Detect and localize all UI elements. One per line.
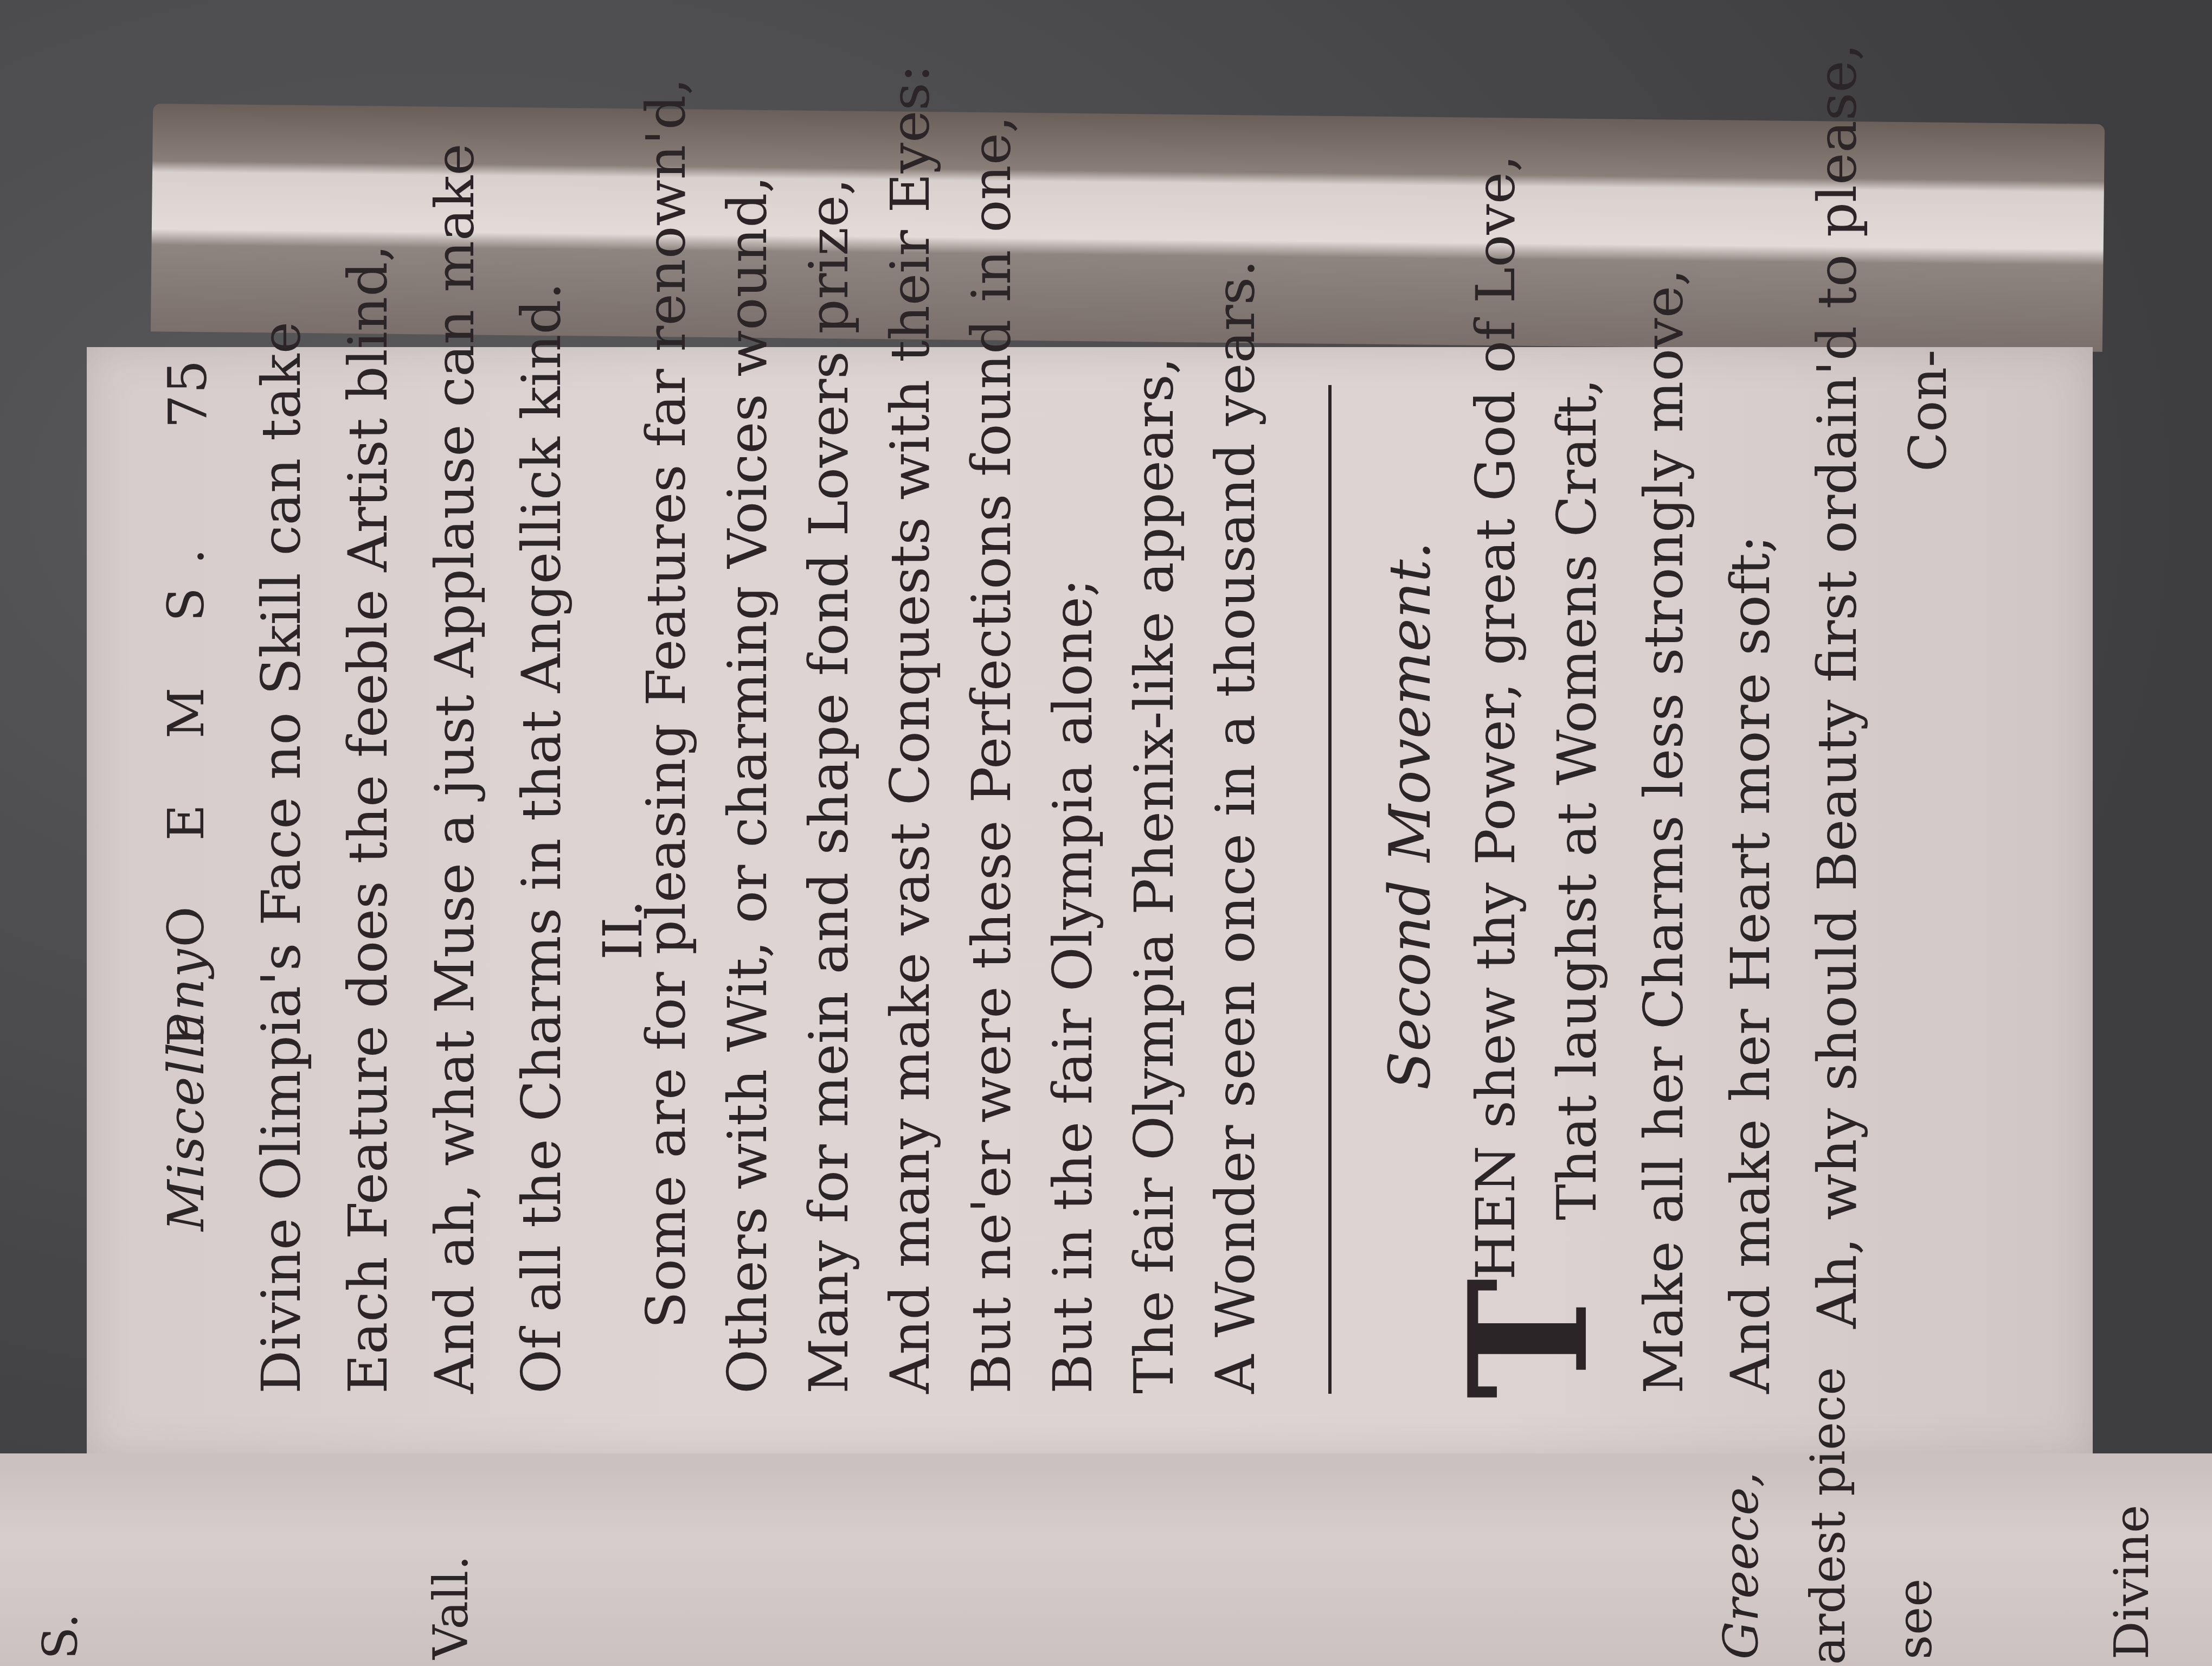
verse-line: Others with Wit, or charming Voices woun… [716,176,779,1394]
facing-page-text: S. [33,1613,88,1659]
verse-line: And ah, what Muse a just Applause can ma… [423,144,486,1394]
verse-line: HEN shew thy Power, great God of Love, [1464,155,1527,1280]
facing-page-text: see [1887,1579,1943,1659]
verse-line: Each Feature does the feeble Artist blin… [336,245,400,1394]
page-number: 75 [157,358,219,428]
facing-page-text: Vall. [423,1555,479,1659]
facing-page-text: ardest piece [1800,1367,1856,1665]
verse-line: Of all the Charms in that Angellick kind… [510,283,573,1394]
verse-line: The fair Olympia Phenix-like appears, [1122,357,1186,1394]
verse-line: Divine Olimpia's Face no Skill can take [249,322,313,1394]
page-content: Miscellany P O E M S. 75 Divine Olimpia'… [87,347,2093,1459]
facing-page-text: Divine [2104,1505,2159,1659]
book-page: Miscellany P O E M S. 75 Divine Olimpia'… [87,347,2093,1459]
verse-line: But ne'er were these Perfections found i… [960,116,1023,1394]
verse-line: A Wonder seen once in a thousand years. [1204,260,1267,1394]
drop-cap: T [1448,1278,1610,1399]
verse-line: That laughst at Womens Craft, [1545,378,1609,1220]
verse-line: Many for mein and shape fond Lovers priz… [797,178,860,1394]
facing-page: S. Vall. Greece, ardest piece see Divine [0,1453,2212,1666]
verse-line: And many make vast Conquests with their … [878,65,942,1394]
verse-line: But in the fair Olympia alone; [1041,578,1104,1394]
verse-line: Some are for pleasing Features far renow… [634,78,698,1329]
catchword: Con- [1898,349,1958,472]
section-name: P O E M S. [157,523,215,1047]
section-divider [1328,385,1332,1394]
facing-page-text: Greece, [1713,1472,1769,1659]
verse-line: Ah, why should Beauty first ordain'd to … [1805,43,1869,1329]
verse-line: Make all her Charms less strongly move, [1632,268,1695,1394]
section-title: Second Movement. [1377,541,1443,1090]
verse-line: And make her Heart more soft; [1719,535,1782,1394]
